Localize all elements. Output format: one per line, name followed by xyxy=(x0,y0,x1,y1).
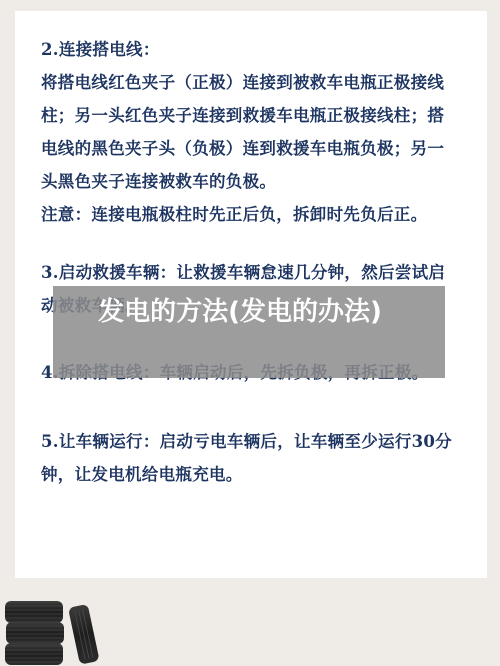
title-overlay-banner: 发电的方法(发电的办法) xyxy=(53,286,445,378)
step-5: 5.让车辆运行：启动亏电车辆后，让车辆至少运行30分 钟，让发电机给电瓶充电。 xyxy=(41,425,487,491)
step-2-heading: 2.连接搭电线： xyxy=(41,33,487,66)
step-5-line: 5.让车辆运行：启动亏电车辆后，让车辆至少运行30分 xyxy=(41,425,487,458)
step-3-line: 3.启动救援车辆：让救援车辆怠速几分钟，然后尝试启 xyxy=(41,256,487,289)
step-5-line: 钟，让发电机给电瓶充电。 xyxy=(41,458,487,491)
step-2-line: 将搭电线红色夹子（正极）连接到被救车电瓶正极接线 xyxy=(41,66,487,99)
step-2-line: 头黑色夹子连接被救车的负极。 xyxy=(41,165,487,198)
step-2-line: 电线的黑色夹子头（负极）连到救援车电瓶负极；另一 xyxy=(41,132,487,165)
article-content: 2.连接搭电线： 将搭电线红色夹子（正极）连接到被救车电瓶正极接线 柱；另一头红… xyxy=(41,33,487,491)
step-2-note: 注意：连接电瓶极柱时先正后负，拆卸时先负后正。 xyxy=(41,198,487,231)
step-2-line: 柱；另一头红色夹子连接到救援车电瓶正极接线柱；搭 xyxy=(41,99,487,132)
tire-stack-icon xyxy=(4,600,100,666)
overlay-title: 发电的方法(发电的办法) xyxy=(98,297,382,327)
step-2: 2.连接搭电线： 将搭电线红色夹子（正极）连接到被救车电瓶正极接线 柱；另一头红… xyxy=(41,33,487,231)
